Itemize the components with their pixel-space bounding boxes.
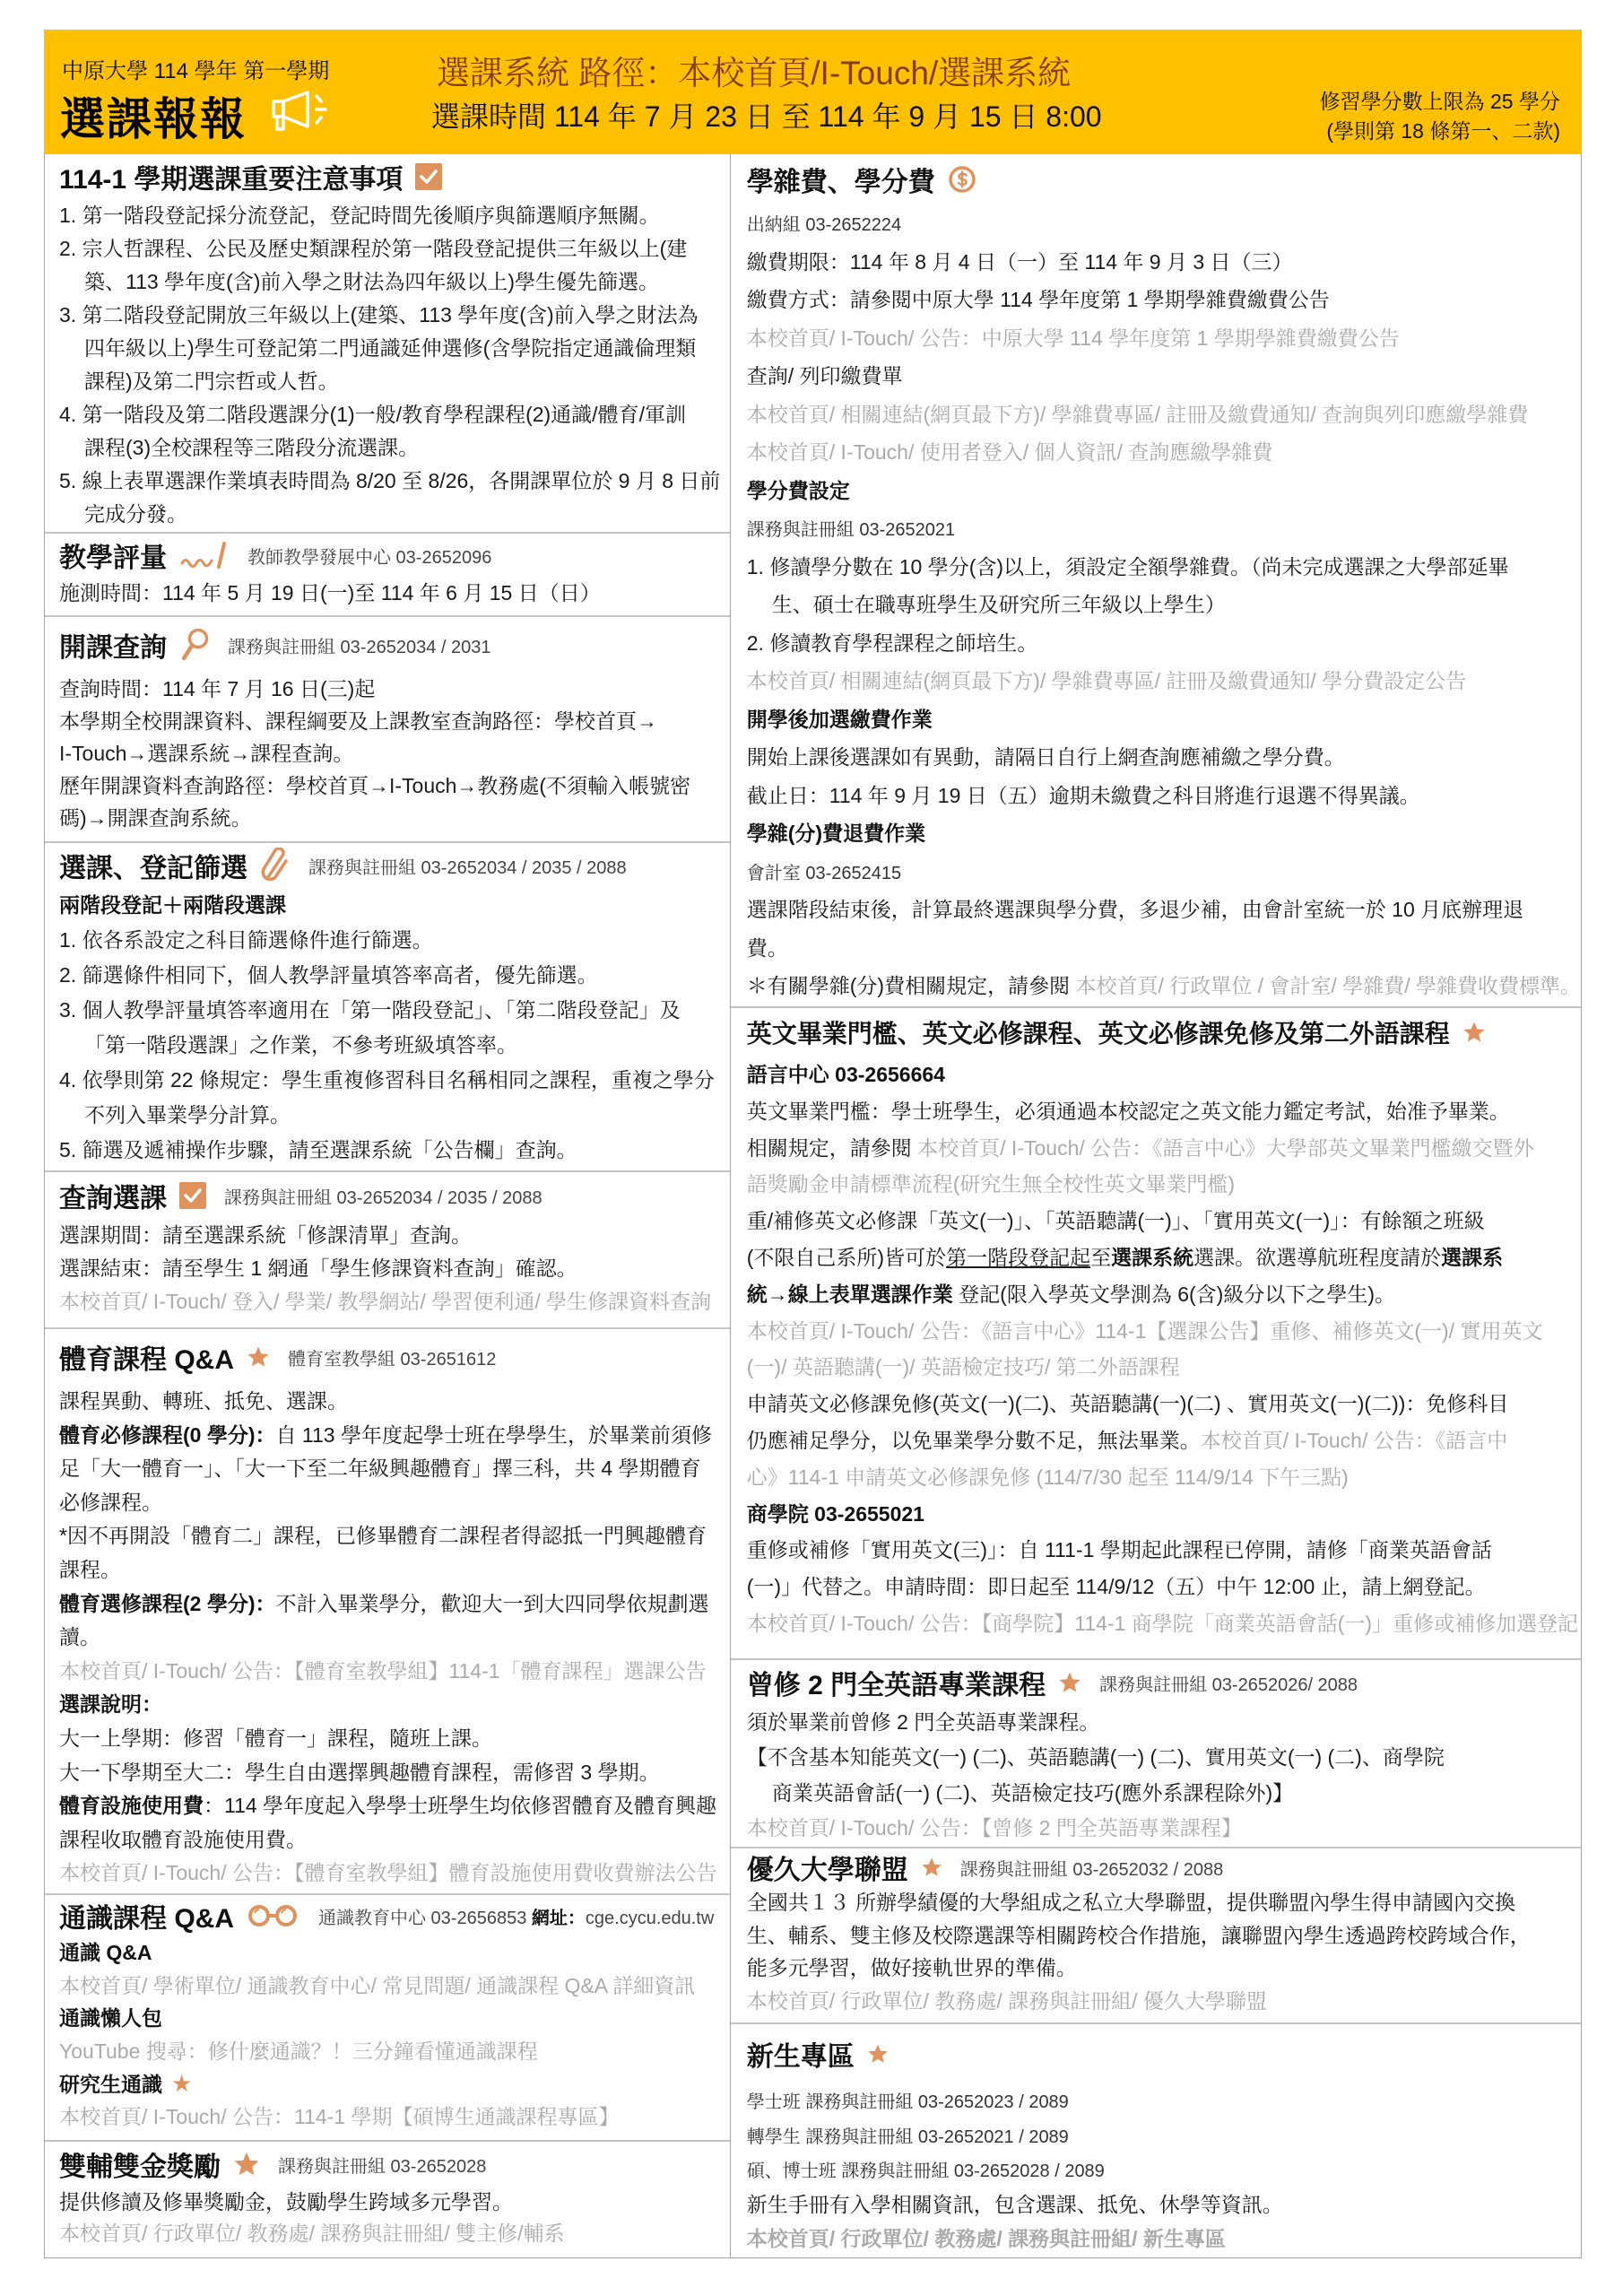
section-body: 學士班 課務與註冊組 03-2652023 / 2089轉學生 課務與註冊組 0… (731, 2083, 1581, 2257)
text: 2. 修讀教育學程課程之師培生。 (747, 631, 1038, 655)
text-line: 1. 修讀學分數在 10 學分(含)以上，須設定全額學雜費。（尚未完成選課之大學… (747, 548, 1581, 587)
text: 讀。 (59, 1625, 100, 1648)
text-line: 申請英文必修課免修(英文(一)(二)、英語聽講(一)(二) 、實用英文(一)(二… (747, 1386, 1581, 1422)
bold-text: 選課系統 (1111, 1246, 1193, 1269)
text: 課程)及第二門宗哲或人哲。 (84, 370, 339, 393)
path-text: 本校首頁/ I-Touch/ 公告：【曾修 2 門全英語專業課程】 (747, 1816, 1242, 1839)
text: 四年級以上)學生可登記第二門通識延伸選修(含學院指定通識倫理類 (84, 336, 696, 360)
text-line: 本校首頁/ I-Touch/ 登入/ 學業/ 教學網站/ 學習便利通/ 學生修課… (59, 1285, 730, 1318)
text: 課程異動、轉班、抵免、選課。 (59, 1389, 348, 1413)
text: 費。 (747, 936, 788, 960)
text-line: 體育設施使用費：114 學年度起入學學士班學生均依修習體育及體育興趣 (59, 1789, 730, 1823)
section-course-query: 開課查詢 課務與註冊組 03-2652034 / 2031 查詢時間：114 年… (45, 617, 730, 843)
bold-text: 選課系 (1441, 1246, 1503, 1269)
text: 歷年開課資料查詢路徑：學校首頁→I-Touch→教務處(不須輸入帳號密 (59, 774, 690, 797)
magnifier-icon (179, 627, 210, 663)
path-text: 本校首頁/ I-Touch/ 公告：【商學院】114-1 商學院「商業英語會話(… (747, 1612, 1578, 1635)
text-line: 通識懶人包 (59, 2002, 730, 2035)
contact-text: 出納組 03-2652224 (747, 215, 901, 235)
text-line: 本學期全校開課資料、課程綱要及上課教室查詢路徑：學校首頁→ (59, 705, 730, 737)
system-path-title: 選課系統 路徑：本校首頁/I-Touch/選課系統 (437, 46, 1071, 94)
path-text: 本校首頁/ 行政單位/ 教務處/ 課務與註冊組/ 雙主修/輔系 (59, 2222, 565, 2245)
bold-text: 研究生通識 (59, 2073, 162, 2096)
section-body: 課程異動、轉班、抵免、選課。體育必修課程(0 學分)：自 113 學年度起學士班… (45, 1385, 730, 1891)
text: 提供修讀及修畢獎勵金，鼓勵學生跨域多元學習。 (59, 2190, 513, 2213)
section-body: 選課期間：請至選課系統「修課清單」查詢。選課結束：請至學生 1 網通「學生修課資… (45, 1219, 730, 1318)
check-box-icon (179, 1182, 206, 1209)
text-line: 3. 個人教學評量填答率適用在「第一階段登記」、「第二階段登記」及 (59, 993, 730, 1028)
text-line: 完成分發。 (59, 498, 730, 531)
underlined-text: 第一階段登記起 (946, 1246, 1090, 1269)
text-line: I-Touch→選課系統→課程查詢。 (59, 737, 730, 770)
text-line: 碼)→開課查詢系統。 (59, 802, 730, 834)
text-line: 本校首頁/ I-Touch/ 公告：【體育室教學組】114-1「體育課程」選課公… (59, 1655, 730, 1689)
credit-limit: 修習學分數上限為 25 學分 (1320, 87, 1560, 117)
text-line: 5. 線上表單選課作業填表時間為 8/20 至 8/26，各開課單位於 9 月 … (59, 465, 730, 498)
bold-text: 學雜(分)費退費作業 (747, 822, 925, 845)
section-double-major-award: 雙輔雙金獎勵 課務與註冊組 03-2652028 提供修讀及修畢獎勵金，鼓勵學生… (45, 2142, 730, 2258)
text-line: 3. 第二階段登記開放三年級以上(建築、113 學年度(含)前入學之財法為 (59, 299, 730, 332)
dollar-coin-icon (948, 165, 976, 194)
text-line: 查詢時間：114 年 7 月 16 日(三)起 (59, 673, 730, 705)
text-line: 本校首頁/ I-Touch/ 公告：【體育室教學組】體育設施使用費收費辦法公告 (59, 1857, 730, 1891)
text: 選課結束：請至學生 1 網通「學生修課資料查詢」確認。 (59, 1257, 577, 1280)
text-line: 2. 修讀教育學程課程之師培生。 (747, 624, 1581, 663)
text: 仍應補足學分，以免畢業學分數不足，無法畢業。 (747, 1429, 1201, 1452)
page-header: 中原大學 114 學年 第一學期 選課報報 選課系統 路徑：本校首頁/I-Tou… (44, 30, 1582, 154)
contact-text: 會計室 03-2652415 (747, 864, 901, 883)
bold-text: 語言中心 03-2656664 (747, 1063, 945, 1086)
text: 截止日：114 年 9 月 19 日（五）逾期未繳費之科目將進行退選不得異議。 (747, 784, 1420, 807)
text: 4. 依學則第 22 條規定：學生重複修習科目名稱相同之課程，重複之學分 (59, 1068, 715, 1091)
text-line: 「第一階段選課」之作業，不參考班級填答率。 (59, 1028, 730, 1063)
text-line: 本校首頁/ I-Touch/ 公告：中原大學 114 學年度第 1 學期學雜費繳… (747, 319, 1581, 358)
section-teaching-evaluation: 教學評量 教師教學發展中心 03-2652096 施測時間：114 年 5 月 … (45, 534, 730, 617)
text-line: (一)/ 英語聽講(一)/ 英語檢定技巧/ 第二外語課程 (747, 1349, 1581, 1386)
section-title: 教學評量 (59, 535, 167, 575)
text: 重/補修英文必修課「英文(一)」、「英語聽講(一)」、「實用英文(一)」：有餘額… (747, 1209, 1485, 1232)
section-pe-courses-qa: 體育課程 Q&A 體育室教學組 03-2651612 課程異動、轉班、抵免、選課… (45, 1329, 730, 1895)
section-title: 雙輔雙金獎勵 (59, 2144, 221, 2184)
text: 商業英語會話(一) (二)、英語檢定技巧(應外系課程除外)】 (772, 1781, 1293, 1805)
section-title: 學雜費、學分費 (747, 160, 935, 199)
section-title: 曾修 2 門全英語專業課程 (747, 1663, 1046, 1702)
text: 不列入畢業學分計算。 (84, 1103, 291, 1126)
text-line: 課程收取體育設施使用費。 (59, 1823, 730, 1857)
text-line: 大一下學期至大二：學生自由選擇興趣體育課程，需修習 3 學期。 (59, 1756, 730, 1790)
text-line: 開始上課後選課如有異動，請隔日自行上網查詢應補繳之學分費。 (747, 738, 1581, 777)
url-label: 網址： (532, 1909, 586, 1928)
text-line: 不列入畢業學分計算。 (59, 1098, 730, 1133)
text-line: 本校首頁/ 行政單位/ 教務處/ 課務與註冊組/ 雙主修/輔系 (59, 2218, 730, 2249)
text: 繳費期限：114 年 8 月 4 日（一）至 114 年 9 月 3 日（三） (747, 250, 1293, 274)
text-line: 課務與註冊組 03-2652021 (747, 509, 1581, 548)
text-line: 學雜(分)費退費作業 (747, 814, 1581, 853)
text: 生、輔系、雙主修及校際選課等相關跨校合作措施，讓聯盟內學生透過跨校跨域合作， (747, 1924, 1531, 1947)
section-header: 學雜費、學分費 (731, 154, 1581, 204)
text-line: 課程異動、轉班、抵免、選課。 (59, 1385, 730, 1419)
star-icon (233, 2151, 260, 2178)
text: 本學期全校開課資料、課程綱要及上課教室查詢路徑：學校首頁→ (59, 709, 657, 733)
bold-text: 兩階段登記＋兩階段選課 (59, 893, 286, 917)
content-columns: 114-1 學期選課重要注意事項 1. 第一階段登記採分流登記，登記時間先後順序… (44, 154, 1582, 2258)
text-line: 體育選修課程(2 學分)：不計入畢業學分，歡迎大一到大四同學依規劃選 (59, 1587, 730, 1622)
contact-info: 教師教學發展中心 03-2652096 (247, 543, 491, 569)
text: 查詢時間：114 年 7 月 16 日(三)起 (59, 677, 375, 700)
text-line: 讀。 (59, 1621, 730, 1655)
text: 申請英文必修課免修(英文(一)(二)、英語聽講(一)(二) 、實用英文(一)(二… (747, 1392, 1509, 1415)
contact-info: 課務與註冊組 03-2652026/ 2088 (1099, 1670, 1358, 1696)
section-check-enrollment: 查詢選課 課務與註冊組 03-2652034 / 2035 / 2088 選課期… (45, 1172, 730, 1329)
path-text: (一)/ 英語聽講(一)/ 英語檢定技巧/ 第二外語課程 (747, 1355, 1180, 1378)
section-body: 全國共１３ 所辦學績優的大學組成之私立大學聯盟，提供聯盟內學生得申請國內交換生、… (731, 1886, 1581, 2017)
text: 足「大一體育一」、「大一下至二年級興趣體育」擇三科，共 4 學期體育 (59, 1457, 701, 1480)
text: ：114 學年度起入學學士班學生均依修習體育及體育興趣 (204, 1794, 716, 1817)
text-line: 本校首頁/ I-Touch/ 公告：《語言中心》114-1【選課公告】重修、補修… (747, 1313, 1581, 1350)
glasses-icon (247, 1902, 300, 1929)
text-line: 學士班 課務與註冊組 03-2652023 / 2089 (747, 2083, 1581, 2118)
contact-info: 課務與註冊組 03-2652034 / 2035 / 2088 (308, 853, 627, 879)
text-line: 【不含基本知能英文(一) (二)、英語聽講(一) (二)、實用英文(一) (二)… (747, 1740, 1581, 1775)
text-line: 4. 依學則第 22 條規定：學生重複修習科目名稱相同之課程，重複之學分 (59, 1063, 730, 1098)
text: 課程(3)全校課程等三階段分流選課。 (84, 436, 419, 459)
text: 1. 第一階段登記採分流登記，登記時間先後順序與篩選順序無關。 (59, 204, 660, 227)
text: 生、碩士在職專班學生及研究所三年級以上學生） (772, 593, 1226, 616)
star-icon (867, 2043, 889, 2065)
section-tuition-fees: 學雜費、學分費 出納組 03-2652224繳費期限：114 年 8 月 4 日… (731, 154, 1581, 1008)
contact-info: 課務與註冊組 03-2652034 / 2035 / 2088 (224, 1183, 542, 1209)
star-icon (921, 1857, 942, 1878)
bold-text: 體育設施使用費 (59, 1794, 204, 1817)
text-line: 通識 Q&A (59, 1936, 730, 1970)
text: I-Touch→選課系統→課程查詢。 (59, 742, 353, 765)
text: 5. 線上表單選課作業填表時間為 8/20 至 8/26，各開課單位於 9 月 … (59, 469, 720, 492)
text: 須於畢業前曾修 2 門全英語專業課程。 (747, 1710, 1100, 1734)
website-url: cge.cycu.edu.tw (586, 1909, 714, 1928)
page-title: 選課報報 (60, 83, 247, 148)
section-title: 新生專區 (747, 2034, 855, 2074)
text-line: 學分費設定 (747, 472, 1581, 510)
path-text: 本校首頁/ I-Touch/ 公告：【體育室教學組】體育設施使用費收費辦法公告 (59, 1861, 716, 1884)
text-line: 選課期間：請至選課系統「修課清單」查詢。 (59, 1219, 730, 1252)
text: 不計入畢業學分，歡迎大一到大四同學依規劃選 (276, 1592, 709, 1615)
text: 1. 依各系設定之科目篩選條件進行篩選。 (59, 928, 433, 952)
path-text: 本校首頁/ 學術單位/ 通識教育中心/ 常見問題/ 通識課程 Q&A 詳細資訊 (59, 1974, 695, 1997)
text-line: 心》114-1 申請英文必修課免修 (114/7/30 起至 114/9/14 … (747, 1459, 1581, 1496)
text: 選課階段結束後，計算最終選課與學分費，多退少補，由會計室統一於 10 月底辦理退 (747, 898, 1523, 921)
text-line: 5. 篩選及遞補操作步驟，請至選課系統「公告欄」查詢。 (59, 1133, 730, 1168)
text-line: 本校首頁/ 相關連結(網頁最下方)/ 學雜費專區/ 註冊及繳費通知/ 學分費設定… (747, 662, 1581, 700)
text: 至 (1090, 1246, 1111, 1269)
contact-text: 碩、博士班 課務與註冊組 03-2652028 / 2089 (747, 2161, 1105, 2181)
text-line: 英文畢業門檻：學士班學生，必須通過本校認定之英文能力鑑定考試，始准予畢業。 (747, 1093, 1581, 1130)
path-text: 本校首頁/ 行政單位/ 教務處/ 課務與註冊組/ 優久大學聯盟 (747, 1989, 1267, 2013)
star-icon (1462, 1021, 1486, 1044)
text-line: 本校首頁/ 行政單位/ 教務處/ 課務與註冊組/ 優久大學聯盟 (747, 1985, 1581, 2018)
section-title: 體育課程 Q&A (59, 1337, 234, 1377)
section-registration-screening: 選課、登記篩選 課務與註冊組 03-2652034 / 2035 / 2088 … (45, 843, 730, 1172)
text: 登記(限入學英文學測為 6(含)級分以下之學生)。 (953, 1283, 1395, 1306)
text-line: 全國共１３ 所辦學績優的大學組成之私立大學聯盟，提供聯盟內學生得申請國內交換 (747, 1886, 1581, 1919)
section-header: 新生專區 (731, 2024, 1581, 2083)
text: 相關規定，請參閱 (747, 1136, 917, 1160)
text-line: 提供修讀及修畢獎勵金，鼓勵學生跨域多元學習。 (59, 2187, 730, 2218)
section-header: 114-1 學期選課重要注意事項 (45, 154, 730, 199)
section-title: 英文畢業門檻、英文必修課程、英文必修課免修及第二外語課程 (747, 1014, 1450, 1050)
text-line: 生、輔系、雙主修及校際選課等相關跨校合作措施，讓聯盟內學生透過跨校跨域合作， (747, 1919, 1581, 1952)
path-text: 本校首頁/ I-Touch/ 公告：114-1 學期【碩博生通識課程專區】 (59, 2105, 620, 2128)
registration-period: 選課時間 114 年 7 月 23 日 至 114 年 9 月 15 日 8:0… (431, 94, 1102, 135)
text: 完成分發。 (84, 502, 187, 526)
contact-phone: 通識教育中心 03-2656853 (318, 1909, 526, 1928)
text: 選課。欲選導航班程度請於 (1193, 1246, 1441, 1269)
path-text: 本校首頁/ 相關連結(網頁最下方)/ 學雜費專區/ 註冊及繳費通知/ 學分費設定… (747, 669, 1466, 692)
text-line: 本校首頁/ 行政單位/ 教務處/ 課務與註冊組/ 新生專區 (747, 2222, 1581, 2257)
section-title: 開課查詢 (59, 625, 167, 665)
text: ＊有關學雜(分)費相關規定，請參閱 (747, 974, 1076, 997)
text-line: 2. 篩選條件相同下，個人教學評量填答率高者，優先篩選。 (59, 958, 730, 993)
text-line: 本校首頁/ 相關連結(網頁最下方)/ 學雜費專區/ 註冊及繳費通知/ 查詢與列印… (747, 396, 1581, 434)
section-header: 英文畢業門檻、英文必修課程、英文必修課免修及第二外語課程 (731, 1008, 1581, 1057)
section-important-notices: 114-1 學期選課重要注意事項 1. 第一階段登記採分流登記，登記時間先後順序… (45, 154, 730, 534)
text-line: 課程(3)全校課程等三階段分流選課。 (59, 431, 730, 465)
text-line: 研究生通識★ (59, 2067, 730, 2100)
path-text: 本校首頁/ I-Touch/ 使用者登入/ 個人資訊/ 查詢應繳學雜費 (747, 440, 1273, 464)
text: 課程。 (59, 1558, 121, 1581)
text-line: 相關規定，請參閱 本校首頁/ I-Touch/ 公告：《語言中心》大學部英文畢業… (747, 1130, 1581, 1167)
paperclip-icon (260, 848, 291, 883)
section-body: 語言中心 03-2656664英文畢業門檻：學士班學生，必須通過本校認定之英文能… (731, 1057, 1581, 1642)
text: 【不含基本知能英文(一) (二)、英語聽講(一) (二)、實用英文(一) (二)… (747, 1745, 1445, 1769)
text-line: 本校首頁/ I-Touch/ 公告：【商學院】114-1 商學院「商業英語會話(… (747, 1605, 1581, 1642)
section-emi-courses: 曾修 2 門全英語專業課程 課務與註冊組 03-2652026/ 2088 須於… (731, 1660, 1581, 1848)
section-header: 通識課程 Q&A 通識教育中心 03-2656853 網址：cge.cycu.e… (45, 1895, 730, 1936)
text-line: 新生手冊有入學相關資訊，包含選課、抵免、休學等資訊。 (747, 2187, 1581, 2222)
text-line: ＊有關學雜(分)費相關規定，請參閱 本校首頁/ 行政單位 / 會計室/ 學雜費/… (747, 967, 1581, 1005)
section-general-education-qa: 通識課程 Q&A 通識教育中心 03-2656853 網址：cge.cycu.e… (45, 1895, 730, 2142)
section-header: 教學評量 教師教學發展中心 03-2652096 (45, 534, 730, 577)
section-body: 1. 第一階段登記採分流登記，登記時間先後順序與篩選順序無關。2. 宗人哲課程、… (45, 199, 730, 531)
path-text: 本校首頁/ 相關連結(網頁最下方)/ 學雜費專區/ 註冊及繳費通知/ 查詢與列印… (747, 403, 1528, 426)
section-title: 查詢選課 (59, 1176, 167, 1215)
star-icon: ★ (171, 2070, 192, 2097)
text: 選課期間：請至選課系統「修課清單」查詢。 (59, 1223, 472, 1247)
section-title: 優久大學聯盟 (747, 1848, 908, 1887)
text-line: 2. 宗人哲課程、公民及歷史類課程於第一階段登記提供三年級以上(建 (59, 232, 730, 265)
text-line: 本校首頁/ I-Touch/ 公告：114-1 學期【碩博生通識課程專區】 (59, 2100, 730, 2134)
section-university-alliance: 優久大學聯盟 課務與註冊組 03-2652032 / 2088 全國共１３ 所辦… (731, 1848, 1581, 2024)
bold-text: 體育必修課程(0 學分)： (59, 1423, 276, 1447)
section-body: 通識 Q&A本校首頁/ 學術單位/ 通識教育中心/ 常見問題/ 通識課程 Q&A… (45, 1936, 730, 2133)
path-text: 本校首頁/ 行政單位/ 教務處/ 課務與註冊組/ 新生專區 (747, 2227, 1226, 2250)
megaphone-icon (270, 89, 336, 132)
text: (不限自己系所)皆可於 (747, 1246, 946, 1269)
section-header: 體育課程 Q&A 體育室教學組 03-2651612 (45, 1329, 730, 1385)
text: 1. 修讀學分數在 10 學分(含)以上，須設定全額學雜費。（尚未完成選課之大學… (747, 555, 1509, 578)
section-freshman-zone: 新生專區 學士班 課務與註冊組 03-2652023 / 2089轉學生 課務與… (731, 2024, 1581, 2258)
signature-icon (179, 539, 230, 571)
text-line: 須於畢業前曾修 2 門全英語專業課程。 (747, 1705, 1581, 1740)
text: 4. 第一階段及第二階段選課分(1)一般/教育學程課程(2)通識/體育/軍訓 (59, 403, 686, 426)
path-text: 語獎勵金申請標準流程(研究生無全校性英文畢業門檻) (747, 1172, 1235, 1196)
text: 繳費方式：請參閱中原大學 114 學年度第 1 學期學雜費繳費公告 (747, 288, 1330, 311)
text-line: 築、113 學年度(含)前入學之財法為四年級以上)學生優先篩選。 (59, 265, 730, 299)
text-line: 繳費方式：請參閱中原大學 114 學年度第 1 學期學雜費繳費公告 (747, 281, 1581, 319)
semester-label: 中原大學 114 學年 第一學期 (62, 53, 329, 84)
path-text: YouTube 搜尋：修什麼通識？！三分鐘看懂通識課程 (59, 2039, 538, 2063)
text-line: 本校首頁/ I-Touch/ 使用者登入/ 個人資訊/ 查詢應繳學雜費 (747, 433, 1581, 472)
text-line: 本校首頁/ 學術單位/ 通識教育中心/ 常見問題/ 通識課程 Q&A 詳細資訊 (59, 1970, 730, 2003)
bold-text: 商學院 03-2655021 (747, 1502, 924, 1526)
section-header: 雙輔雙金獎勵 課務與註冊組 03-2652028 (45, 2142, 730, 2187)
text: 課程收取體育設施使用費。 (59, 1828, 307, 1851)
right-column: 學雜費、學分費 出納組 03-2652224繳費期限：114 年 8 月 4 日… (731, 154, 1581, 2257)
text-line: *因不再開設「體育二」課程，已修畢體育二課程者得認抵一門興趣體育 (59, 1519, 730, 1553)
text-line: 選課說明： (59, 1688, 730, 1722)
bold-text: 統→線上表單選課作業 (747, 1283, 953, 1306)
text-line: 仍應補足學分，以免畢業學分數不足，無法畢業。本校首頁/ I-Touch/ 公告：… (747, 1422, 1581, 1459)
text: 大一下學期至大二：學生自由選擇興趣體育課程，需修習 3 學期。 (59, 1761, 660, 1784)
text: 重修或補修「實用英文(三)」：自 111-1 學期起此課程已停開，請修「商業英語… (747, 1538, 1492, 1561)
text-line: 課程。 (59, 1553, 730, 1587)
section-header: 開課查詢 課務與註冊組 03-2652034 / 2031 (45, 617, 730, 673)
text-line: 本校首頁/ I-Touch/ 公告：【曾修 2 門全英語專業課程】 (747, 1811, 1581, 1846)
contact-info: 體育室教學組 03-2651612 (288, 1344, 496, 1370)
text-line: 費。 (747, 929, 1581, 968)
text-line: 能多元學習，做好接軌世界的準備。 (747, 1952, 1581, 1985)
text-line: 查詢/ 列印繳費單 (747, 357, 1581, 396)
star-icon (1058, 1671, 1081, 1694)
text-line: 課程)及第二門宗哲或人哲。 (59, 365, 730, 398)
section-body: 提供修讀及修畢獎勵金，鼓勵學生跨域多元學習。本校首頁/ 行政單位/ 教務處/ 課… (45, 2187, 730, 2249)
text: 施測時間：114 年 5 月 19 日(一)至 114 年 6 月 15 日（日… (59, 581, 601, 604)
text: 築、113 學年度(含)前入學之財法為四年級以上)學生優先篩選。 (84, 270, 659, 293)
path-text: 本校首頁/ I-Touch/ 公告：《語言中心》大學部英文畢業門檻繳交暨外 (917, 1136, 1533, 1160)
text-line: 足「大一體育一」、「大一下至二年級興趣體育」擇三科，共 4 學期體育 (59, 1452, 730, 1486)
text: 「第一階段選課」之作業，不參考班級填答率。 (84, 1033, 517, 1057)
text-line: 施測時間：114 年 5 月 19 日(一)至 114 年 6 月 15 日（日… (59, 577, 730, 610)
contact-text: 學士班 課務與註冊組 03-2652023 / 2089 (747, 2092, 1069, 2112)
bold-text: 學分費設定 (747, 479, 850, 502)
text-line: 必修課程。 (59, 1486, 730, 1520)
text-line: 1. 依各系設定之科目篩選條件進行篩選。 (59, 923, 730, 958)
contact-info: 通識教育中心 03-2656853 網址：cge.cycu.edu.tw (318, 1903, 714, 1929)
text-line: 歷年開課資料查詢路徑：學校首頁→I-Touch→教務處(不須輸入帳號密 (59, 770, 730, 802)
text-line: 重修或補修「實用英文(三)」：自 111-1 學期起此課程已停開，請修「商業英語… (747, 1532, 1581, 1569)
text-line: 語獎勵金申請標準流程(研究生無全校性英文畢業門檻) (747, 1166, 1581, 1203)
path-text: 本校首頁/ I-Touch/ 公告：中原大學 114 學年度第 1 學期學雜費繳… (747, 326, 1400, 350)
path-text: 本校首頁/ I-Touch/ 公告：《語言中 (1201, 1429, 1507, 1452)
bold-text: 選課說明： (59, 1692, 162, 1716)
section-title: 114-1 學期選課重要注意事項 (59, 157, 403, 196)
star-icon (247, 1345, 270, 1369)
section-body: 須於畢業前曾修 2 門全英語專業課程。【不含基本知能英文(一) (二)、英語聽講… (731, 1705, 1581, 1846)
section-header: 查詢選課 課務與註冊組 03-2652034 / 2035 / 2088 (45, 1172, 730, 1219)
text-line: 繳費期限：114 年 8 月 4 日（一）至 114 年 9 月 3 日（三） (747, 243, 1581, 282)
contact-text: 轉學生 課務與註冊組 03-2652021 / 2089 (747, 2127, 1069, 2147)
text-line: 商學院 03-2655021 (747, 1496, 1581, 1533)
section-title: 選課、登記篩選 (59, 846, 247, 885)
text: 5. 篩選及遞補操作步驟，請至選課系統「公告欄」查詢。 (59, 1138, 577, 1161)
text-line: 1. 第一階段登記採分流登記，登記時間先後順序與篩選順序無關。 (59, 199, 730, 232)
path-text: 心》114-1 申請英文必修課免修 (114/7/30 起至 114/9/14 … (747, 1465, 1349, 1489)
contact-info: 課務與註冊組 03-2652034 / 2031 (228, 632, 491, 658)
text: 3. 第二階段登記開放三年級以上(建築、113 學年度(含)前入學之財法為 (59, 303, 699, 326)
text-line: (一)」代替之。申請時間：即日起至 114/9/12（五）中午 12:00 止，… (747, 1569, 1581, 1605)
bold-text: 開學後加選繳費作業 (747, 708, 933, 731)
text: 大一上學期：修習「體育一」課程，隨班上課。 (59, 1726, 492, 1750)
text: 全國共１３ 所辦學績優的大學組成之私立大學聯盟，提供聯盟內學生得申請國內交換 (747, 1891, 1515, 1914)
text-line: 截止日：114 年 9 月 19 日（五）逾期未繳費之科目將進行退選不得異議。 (747, 777, 1581, 815)
section-header: 選課、登記篩選 課務與註冊組 03-2652034 / 2035 / 2088 (45, 843, 730, 888)
left-column: 114-1 學期選課重要注意事項 1. 第一階段登記採分流登記，登記時間先後順序… (45, 154, 731, 2257)
text: 必修課程。 (59, 1491, 162, 1514)
path-text: 本校首頁/ I-Touch/ 公告：【體育室教學組】114-1「體育課程」選課公… (59, 1659, 707, 1683)
section-body: 出納組 03-2652224繳費期限：114 年 8 月 4 日（一）至 114… (731, 204, 1581, 1005)
text-line: 選課階段結束後，計算最終選課與學分費，多退少補，由會計室統一於 10 月底辦理退 (747, 891, 1581, 929)
contact-info: 課務與註冊組 03-2652028 (278, 2152, 486, 2178)
text-line: 碩、博士班 課務與註冊組 03-2652028 / 2089 (747, 2152, 1581, 2187)
text-line: 開學後加選繳費作業 (747, 700, 1581, 739)
section-title: 通識課程 Q&A (59, 1896, 234, 1935)
text: 新生手冊有入學相關資訊，包含選課、抵免、休學等資訊。 (747, 2193, 1283, 2216)
bold-text: 通識 Q&A (59, 1941, 152, 1964)
path-text: 本校首頁/ I-Touch/ 登入/ 學業/ 教學網站/ 學習便利通/ 學生修課… (59, 1290, 711, 1313)
text: 碼)→開課查詢系統。 (59, 806, 252, 830)
section-english-requirements: 英文畢業門檻、英文必修課程、英文必修課免修及第二外語課程 語言中心 03-265… (731, 1008, 1581, 1660)
section-body: 查詢時間：114 年 7 月 16 日(三)起本學期全校開課資料、課程綱要及上課… (45, 673, 730, 834)
section-body: 兩階段登記＋兩階段選課1. 依各系設定之科目篩選條件進行篩選。2. 篩選條件相同… (45, 888, 730, 1168)
text-line: 四年級以上)學生可登記第二門通識延伸選修(含學院指定通識倫理類 (59, 332, 730, 365)
text-line: YouTube 搜尋：修什麼通識？！三分鐘看懂通識課程 (59, 2035, 730, 2068)
text-line: 兩階段登記＋兩階段選課 (59, 888, 730, 923)
text: 英文畢業門檻：學士班學生，必須通過本校認定之英文能力鑑定考試，始准予畢業。 (747, 1100, 1510, 1123)
bold-text: 通識懶人包 (59, 2006, 162, 2030)
text: 2. 篩選條件相同下，個人教學評量填答率高者，優先篩選。 (59, 963, 598, 987)
text-line: 選課結束：請至學生 1 網通「學生修課資料查詢」確認。 (59, 1252, 730, 1285)
path-text: 本校首頁/ I-Touch/ 公告：《語言中心》114-1【選課公告】重修、補修… (747, 1319, 1543, 1343)
text: *因不再開設「體育二」課程，已修畢體育二課程者得認抵一門興趣體育 (59, 1524, 707, 1547)
contact-text: 課務與註冊組 03-2652021 (747, 520, 955, 540)
section-header: 曾修 2 門全英語專業課程 課務與註冊組 03-2652026/ 2088 (731, 1660, 1581, 1705)
text-line: 4. 第一階段及第二階段選課分(1)一般/教育學程課程(2)通識/體育/軍訓 (59, 398, 730, 431)
check-box-icon (415, 163, 442, 190)
text: 2. 宗人哲課程、公民及歷史類課程於第一階段登記提供三年級以上(建 (59, 237, 687, 260)
text: 自 113 學年度起學士班在學學生，於畢業前須修 (276, 1423, 712, 1447)
text-line: 商業英語會話(一) (二)、英語檢定技巧(應外系課程除外)】 (747, 1776, 1581, 1811)
section-body: 施測時間：114 年 5 月 19 日(一)至 114 年 6 月 15 日（日… (45, 577, 730, 610)
text-line: (不限自己系所)皆可於第一階段登記起至選課系統選課。欲選導航班程度請於選課系 (747, 1239, 1581, 1276)
text-line: 重/補修英文必修課「英文(一)」、「英語聽講(一)」、「實用英文(一)」：有餘額… (747, 1203, 1581, 1239)
text-line: 會計室 03-2652415 (747, 853, 1581, 891)
bold-text: 體育選修課程(2 學分)： (59, 1592, 276, 1615)
text-line: 轉學生 課務與註冊組 03-2652021 / 2089 (747, 2118, 1581, 2153)
text: 查詢/ 列印繳費單 (747, 364, 903, 387)
text: 能多元學習，做好接軌世界的準備。 (747, 1956, 1077, 1979)
text: (一)」代替之。申請時間：即日起至 114/9/12（五）中午 12:00 止，… (747, 1575, 1486, 1598)
credit-limit-note: 修習學分數上限為 25 學分 (學則第 18 條第一、二款) (1320, 87, 1560, 146)
contact-info: 課務與註冊組 03-2652032 / 2088 (960, 1855, 1224, 1881)
text-line: 大一上學期：修習「體育一」課程，隨班上課。 (59, 1722, 730, 1756)
text: 3. 個人教學評量填答率適用在「第一階段登記」、「第二階段登記」及 (59, 998, 681, 1022)
text-line: 體育必修課程(0 學分)：自 113 學年度起學士班在學學生，於畢業前須修 (59, 1419, 730, 1453)
section-header: 優久大學聯盟 課務與註冊組 03-2652032 / 2088 (731, 1848, 1581, 1886)
text: 開始上課後選課如有異動，請隔日自行上網查詢應補繳之學分費。 (747, 745, 1345, 769)
text-line: 生、碩士在職專班學生及研究所三年級以上學生） (747, 586, 1581, 624)
text-line: 出納組 03-2652224 (747, 204, 1581, 243)
text-line: 語言中心 03-2656664 (747, 1057, 1581, 1093)
text-line: 統→線上表單選課作業 登記(限入學英文學測為 6(含)級分以下之學生)。 (747, 1276, 1581, 1313)
